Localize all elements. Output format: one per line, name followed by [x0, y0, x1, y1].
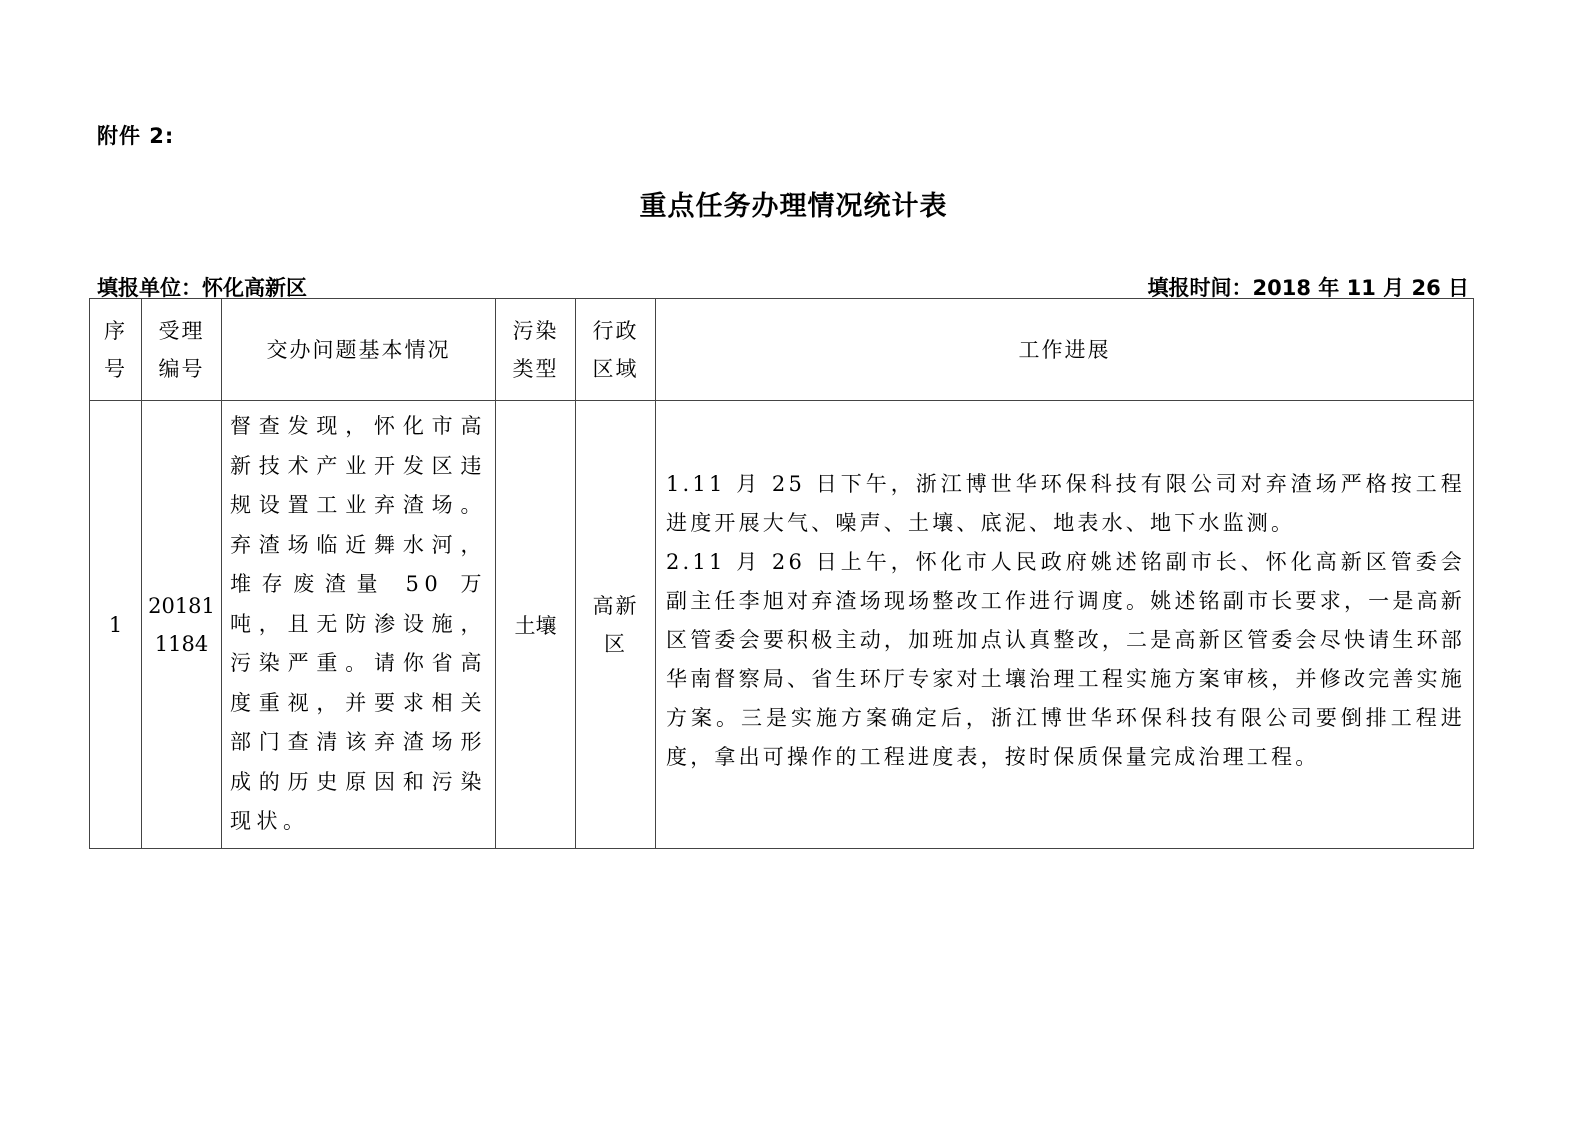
- header-progress: 工作进展: [656, 299, 1474, 401]
- table-row: 1 20181 1184 督查发现，怀化市高新技术产业开发区违规设置工业弃渣场。…: [90, 401, 1474, 849]
- cell-issue: 督查发现，怀化市高新技术产业开发区违规设置工业弃渣场。弃渣场临近舞水河，堆存废渣…: [222, 401, 496, 849]
- header-issue: 交办问题基本情况: [222, 299, 496, 401]
- progress-item-2: 2.11 月 26 日上午，怀化市人民政府姚述铭副市长、怀化高新区管委会副主任李…: [666, 543, 1465, 777]
- cell-pollution-type: 土壤: [496, 401, 576, 849]
- cell-progress: 1.11 月 25 日下午，浙江博世华环保科技有限公司对弃渣场严格按工程进度开展…: [656, 401, 1474, 849]
- header-seq: 序 号: [90, 299, 142, 401]
- attachment-label: 附件 2:: [97, 120, 174, 150]
- cell-region: 高新 区: [576, 401, 656, 849]
- cell-case-no: 20181 1184: [142, 401, 222, 849]
- page-title: 重点任务办理情况统计表: [0, 184, 1587, 223]
- table-header-row: 序 号 受理 编号 交办问题基本情况 污染 类型 行政 区域 工作进展: [90, 299, 1474, 401]
- header-case-no: 受理 编号: [142, 299, 222, 401]
- header-pollution-type: 污染 类型: [496, 299, 576, 401]
- task-statistics-table: 序 号 受理 编号 交办问题基本情况 污染 类型 行政 区域 工作进展: [89, 298, 1474, 849]
- header-region: 行政 区域: [576, 299, 656, 401]
- progress-item-1: 1.11 月 25 日下午，浙江博世华环保科技有限公司对弃渣场严格按工程进度开展…: [666, 465, 1465, 543]
- cell-seq: 1: [90, 401, 142, 849]
